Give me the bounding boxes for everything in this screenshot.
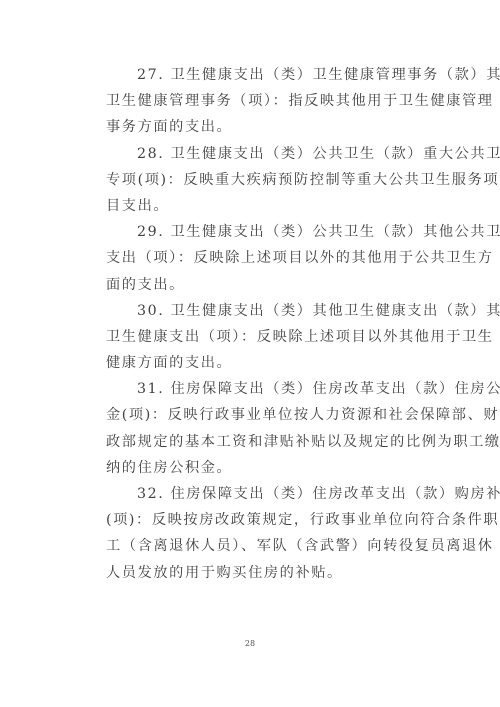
paragraph-32: 32. 住房保障支出（类）住房改革支出（款）购房补贴 (项)：反映按房改政策规定… (75, 481, 425, 586)
paragraph-27: 27. 卫生健康支出（类）卫生健康管理事务（款）其他 卫生健康管理事务（项）：指… (75, 62, 425, 141)
paragraph-line: 29. 卫生健康支出（类）公共卫生（款）其他公共卫生 (75, 219, 425, 245)
paragraph-line: 32. 住房保障支出（类）住房改革支出（款）购房补贴 (75, 481, 425, 507)
paragraph-line: 28. 卫生健康支出（类）公共卫生（款）重大公共卫生 (75, 141, 425, 167)
paragraph-line: 31. 住房保障支出（类）住房改革支出（款）住房公积 (75, 376, 425, 402)
paragraph-line: 目支出。 (75, 193, 425, 219)
document-body: 27. 卫生健康支出（类）卫生健康管理事务（款）其他 卫生健康管理事务（项）：指… (75, 62, 425, 586)
paragraph-line: 人员发放的用于购买住房的补贴。 (75, 560, 425, 586)
paragraph-line: 面的支出。 (75, 272, 425, 298)
paragraph-line: (项)：反映按房改政策规定，行政事业单位向符合条件职 (75, 507, 425, 533)
paragraph-line: 卫生健康管理事务（项）：指反映其他用于卫生健康管理 (75, 88, 425, 114)
paragraph-line: 专项(项)：反映重大疾病预防控制等重大公共卫生服务项 (75, 167, 425, 193)
paragraph-28: 28. 卫生健康支出（类）公共卫生（款）重大公共卫生 专项(项)：反映重大疾病预… (75, 141, 425, 220)
paragraph-line: 纳的住房公积金。 (75, 455, 425, 481)
paragraph-line: 支出（项）：反映除上述项目以外的其他用于公共卫生方 (75, 245, 425, 271)
paragraph-line: 工（含离退休人员）、军队（含武警）向转役复员离退休 (75, 533, 425, 559)
paragraph-line: 健康方面的支出。 (75, 350, 425, 376)
paragraph-line: 金(项)：反映行政事业单位按人力资源和社会保障部、财 (75, 402, 425, 428)
page-number: 28 (0, 639, 500, 648)
paragraph-line: 政部规定的基本工资和津贴补贴以及规定的比例为职工缴 (75, 429, 425, 455)
paragraph-line: 事务方面的支出。 (75, 114, 425, 140)
paragraph-line: 卫生健康支出（项）：反映除上述项目以外其他用于卫生 (75, 324, 425, 350)
paragraph-31: 31. 住房保障支出（类）住房改革支出（款）住房公积 金(项)：反映行政事业单位… (75, 376, 425, 481)
paragraph-line: 27. 卫生健康支出（类）卫生健康管理事务（款）其他 (75, 62, 425, 88)
paragraph-29: 29. 卫生健康支出（类）公共卫生（款）其他公共卫生 支出（项）：反映除上述项目… (75, 219, 425, 298)
paragraph-line: 30. 卫生健康支出（类）其他卫生健康支出（款）其他 (75, 298, 425, 324)
paragraph-30: 30. 卫生健康支出（类）其他卫生健康支出（款）其他 卫生健康支出（项）：反映除… (75, 298, 425, 377)
